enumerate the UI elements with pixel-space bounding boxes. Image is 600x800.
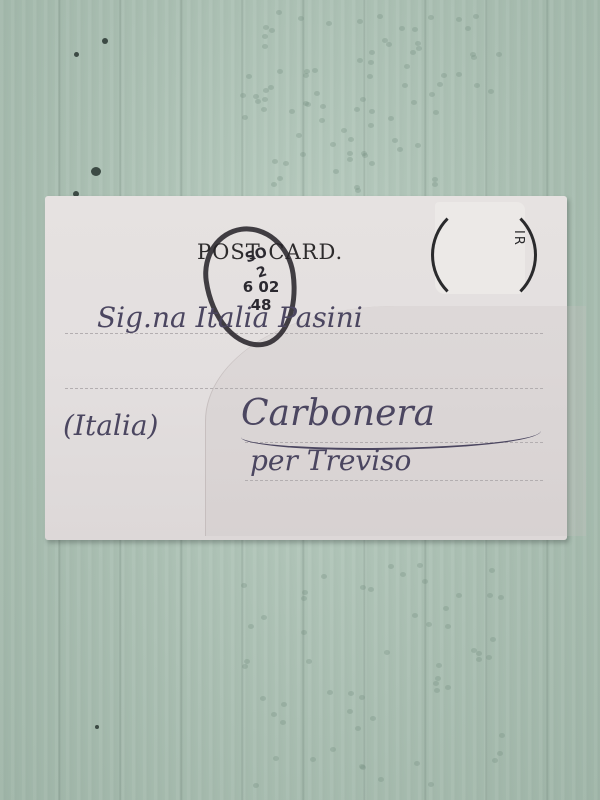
paint-pit bbox=[368, 123, 374, 128]
paint-pit bbox=[268, 85, 274, 90]
recipient-country: (Italia) bbox=[63, 409, 158, 442]
paint-pit bbox=[487, 593, 493, 598]
paint-pit bbox=[399, 26, 405, 31]
paint-pit bbox=[476, 657, 482, 662]
paint-pit bbox=[456, 17, 462, 22]
paint-pit bbox=[359, 695, 365, 700]
paint-pit bbox=[486, 655, 492, 660]
paint-pit bbox=[261, 615, 267, 620]
paint-pit bbox=[357, 19, 363, 24]
paint-pit bbox=[402, 83, 408, 88]
paint-pit bbox=[302, 590, 308, 595]
paint-pit bbox=[471, 648, 477, 653]
paint-pit bbox=[445, 624, 451, 629]
paint-pit bbox=[415, 41, 421, 46]
cancellation-ring bbox=[431, 202, 537, 308]
paint-pit bbox=[465, 26, 471, 31]
nail-hole bbox=[74, 52, 79, 57]
paint-pit bbox=[348, 137, 354, 142]
paint-pit bbox=[333, 169, 339, 174]
paint-pit bbox=[392, 138, 398, 143]
paint-pit bbox=[347, 709, 353, 714]
paint-pit bbox=[360, 585, 366, 590]
paint-pit bbox=[411, 100, 417, 105]
paint-pit bbox=[499, 733, 505, 738]
paint-pit bbox=[241, 583, 247, 588]
cancellation-text: IR bbox=[511, 230, 526, 247]
paint-pit bbox=[441, 73, 447, 78]
paint-pit bbox=[490, 637, 496, 642]
paint-pit bbox=[262, 44, 268, 49]
paint-pit bbox=[492, 758, 498, 763]
paint-pit bbox=[361, 151, 367, 156]
paint-pit bbox=[471, 55, 477, 60]
paint-pit bbox=[305, 102, 311, 107]
paint-pit bbox=[456, 72, 462, 77]
recipient-province: per Treviso bbox=[250, 444, 411, 477]
paint-pit bbox=[248, 624, 254, 629]
paint-pit bbox=[369, 161, 375, 166]
postcard: IR POST CARD. SO 2 6 02 48 Sig.na Italia… bbox=[45, 196, 567, 540]
paint-pit bbox=[474, 83, 480, 88]
paint-pit bbox=[273, 756, 279, 761]
paint-pit bbox=[435, 676, 441, 681]
paint-pit bbox=[429, 92, 435, 97]
paint-pit bbox=[397, 147, 403, 152]
paint-pit bbox=[314, 91, 320, 96]
paint-pit bbox=[347, 151, 353, 156]
paint-pit bbox=[382, 38, 388, 43]
paint-pit bbox=[277, 176, 283, 181]
paint-pit bbox=[404, 64, 410, 69]
paint-pit bbox=[240, 93, 246, 98]
paint-pit bbox=[433, 110, 439, 115]
nail-hole bbox=[91, 167, 101, 176]
paint-pit bbox=[242, 664, 248, 669]
paint-pit bbox=[261, 107, 267, 112]
paint-pit bbox=[368, 587, 374, 592]
paint-pit bbox=[326, 21, 332, 26]
paint-pit bbox=[360, 765, 366, 770]
paint-pit bbox=[260, 696, 266, 701]
paint-pit bbox=[301, 630, 307, 635]
paint-pit bbox=[367, 74, 373, 79]
paint-pit bbox=[432, 182, 438, 187]
paint-pit bbox=[330, 142, 336, 147]
paint-pit bbox=[357, 58, 363, 63]
paint-pit bbox=[412, 27, 418, 32]
paint-pit bbox=[298, 16, 304, 21]
nail-hole bbox=[102, 38, 108, 44]
paint-pit bbox=[412, 613, 418, 618]
paint-pit bbox=[426, 622, 432, 627]
paint-pit bbox=[272, 159, 278, 164]
paint-pit bbox=[304, 69, 310, 74]
recipient-name: Sig.na Italia Pasini bbox=[97, 301, 363, 334]
paint-pit bbox=[434, 688, 440, 693]
address-line bbox=[65, 388, 543, 389]
paint-pit bbox=[476, 651, 482, 656]
paint-pit bbox=[415, 143, 421, 148]
paint-pit bbox=[437, 82, 443, 87]
paint-pit bbox=[370, 716, 376, 721]
paint-pit bbox=[276, 10, 282, 15]
paint-pit bbox=[416, 46, 422, 51]
paint-pit bbox=[263, 88, 269, 93]
paint-pit bbox=[244, 659, 250, 664]
nail-hole bbox=[95, 725, 99, 729]
postmark-date-line1: 6 02 bbox=[241, 278, 281, 296]
paint-pit bbox=[388, 116, 394, 121]
paint-pit bbox=[400, 572, 406, 577]
paint-pit bbox=[312, 68, 318, 73]
address-line bbox=[245, 480, 543, 481]
